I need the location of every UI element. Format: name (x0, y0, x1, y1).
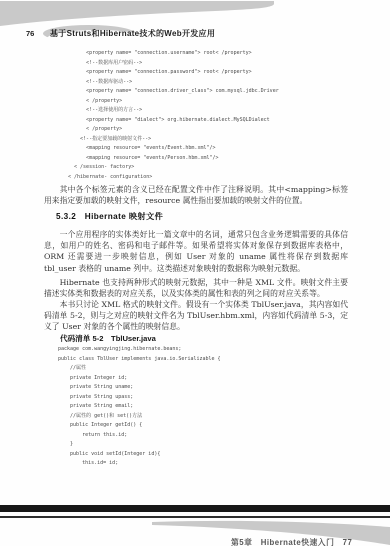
code-line: < /session- factory> (68, 163, 279, 173)
code-line: public Integer getId() { (58, 421, 221, 431)
bottom-thin-rule (0, 516, 390, 518)
code-line: <mapping resource= "events/Event.hbm.xml… (68, 144, 279, 154)
code-line: < /property> (68, 97, 279, 107)
paragraph-mapping-note: 其中各个标签元素的含义已经在配置文件中作了注释说明。其中<mapping>标签用… (44, 184, 348, 206)
code-line: public void setId(Integer id){ (58, 450, 221, 460)
code-line: <!--数据库驱动--> (68, 78, 279, 88)
code-line: <!--选择使用的方言--> (68, 106, 279, 116)
code-line: <property name= "connection.driver_class… (68, 87, 279, 97)
code-line: private String uname; (58, 383, 221, 393)
code-line: <!--指定要加载的映射文件--> (68, 135, 279, 145)
code-line: //属性的 get()和 set()方法 (58, 412, 221, 422)
code-line: <property name= "connection.password"> r… (68, 68, 279, 78)
page-number: 76 (26, 29, 34, 38)
code-line: this.id= id; (58, 459, 221, 469)
code-line: < /hibernate- configuration> (68, 173, 279, 183)
running-title: 基于Struts和Hibernate技术的Web开发应用 (50, 28, 215, 39)
code-line: package com.wangyingjing.hibernate.beans… (58, 345, 221, 355)
code-line: private String email; (58, 402, 221, 412)
top-page-curl (0, 1, 274, 26)
code-line: <mapping resource= "events/Person.hbm.xm… (68, 154, 279, 164)
code-line: //属性 (58, 364, 221, 374)
xml-config-code-block: <property name= "connection.username"> r… (68, 49, 279, 182)
paragraph-entity-class: 一个应用程序的实体类好比一篇文章中的名词，通常只包含业务逻辑需要的具体信息，如用… (44, 229, 348, 274)
paragraph-xml-format: 本书只讨论 XML 格式的映射文件。假设有一个实体类 TblUser.java，… (44, 299, 348, 333)
paragraph-mapping-metadata: Hibernate 也支持两种形式的映射元数据，其中一种是 XML 文件。映射文… (44, 277, 348, 299)
code-line: <property name= "connection.username"> r… (68, 49, 279, 59)
code-line: private String upass; (58, 393, 221, 403)
code-line: <!--数据库用户密码--> (68, 59, 279, 69)
code-line: public class TblUser implements java.io.… (58, 355, 221, 365)
bottom-black-band (0, 505, 390, 512)
code-line: private Integer id; (58, 374, 221, 384)
book-page: 76 基于Struts和Hibernate技术的Web开发应用 <propert… (0, 0, 390, 546)
code-line: < /property> (68, 125, 279, 135)
code-line: <property name= "dialect"> org.hibernate… (68, 116, 279, 126)
section-heading: 5.3.2 Hibernate 映射文件 (56, 211, 163, 222)
listing-caption: 代码清单 5-2 TblUser.java (60, 333, 156, 344)
code-line: } (58, 440, 221, 450)
code-line: return this.id; (58, 431, 221, 441)
next-page-header-fragment: 第5章 Hibernate快速入门 77 (231, 537, 352, 546)
java-code-block: package com.wangyingjing.hibernate.beans… (58, 345, 221, 469)
